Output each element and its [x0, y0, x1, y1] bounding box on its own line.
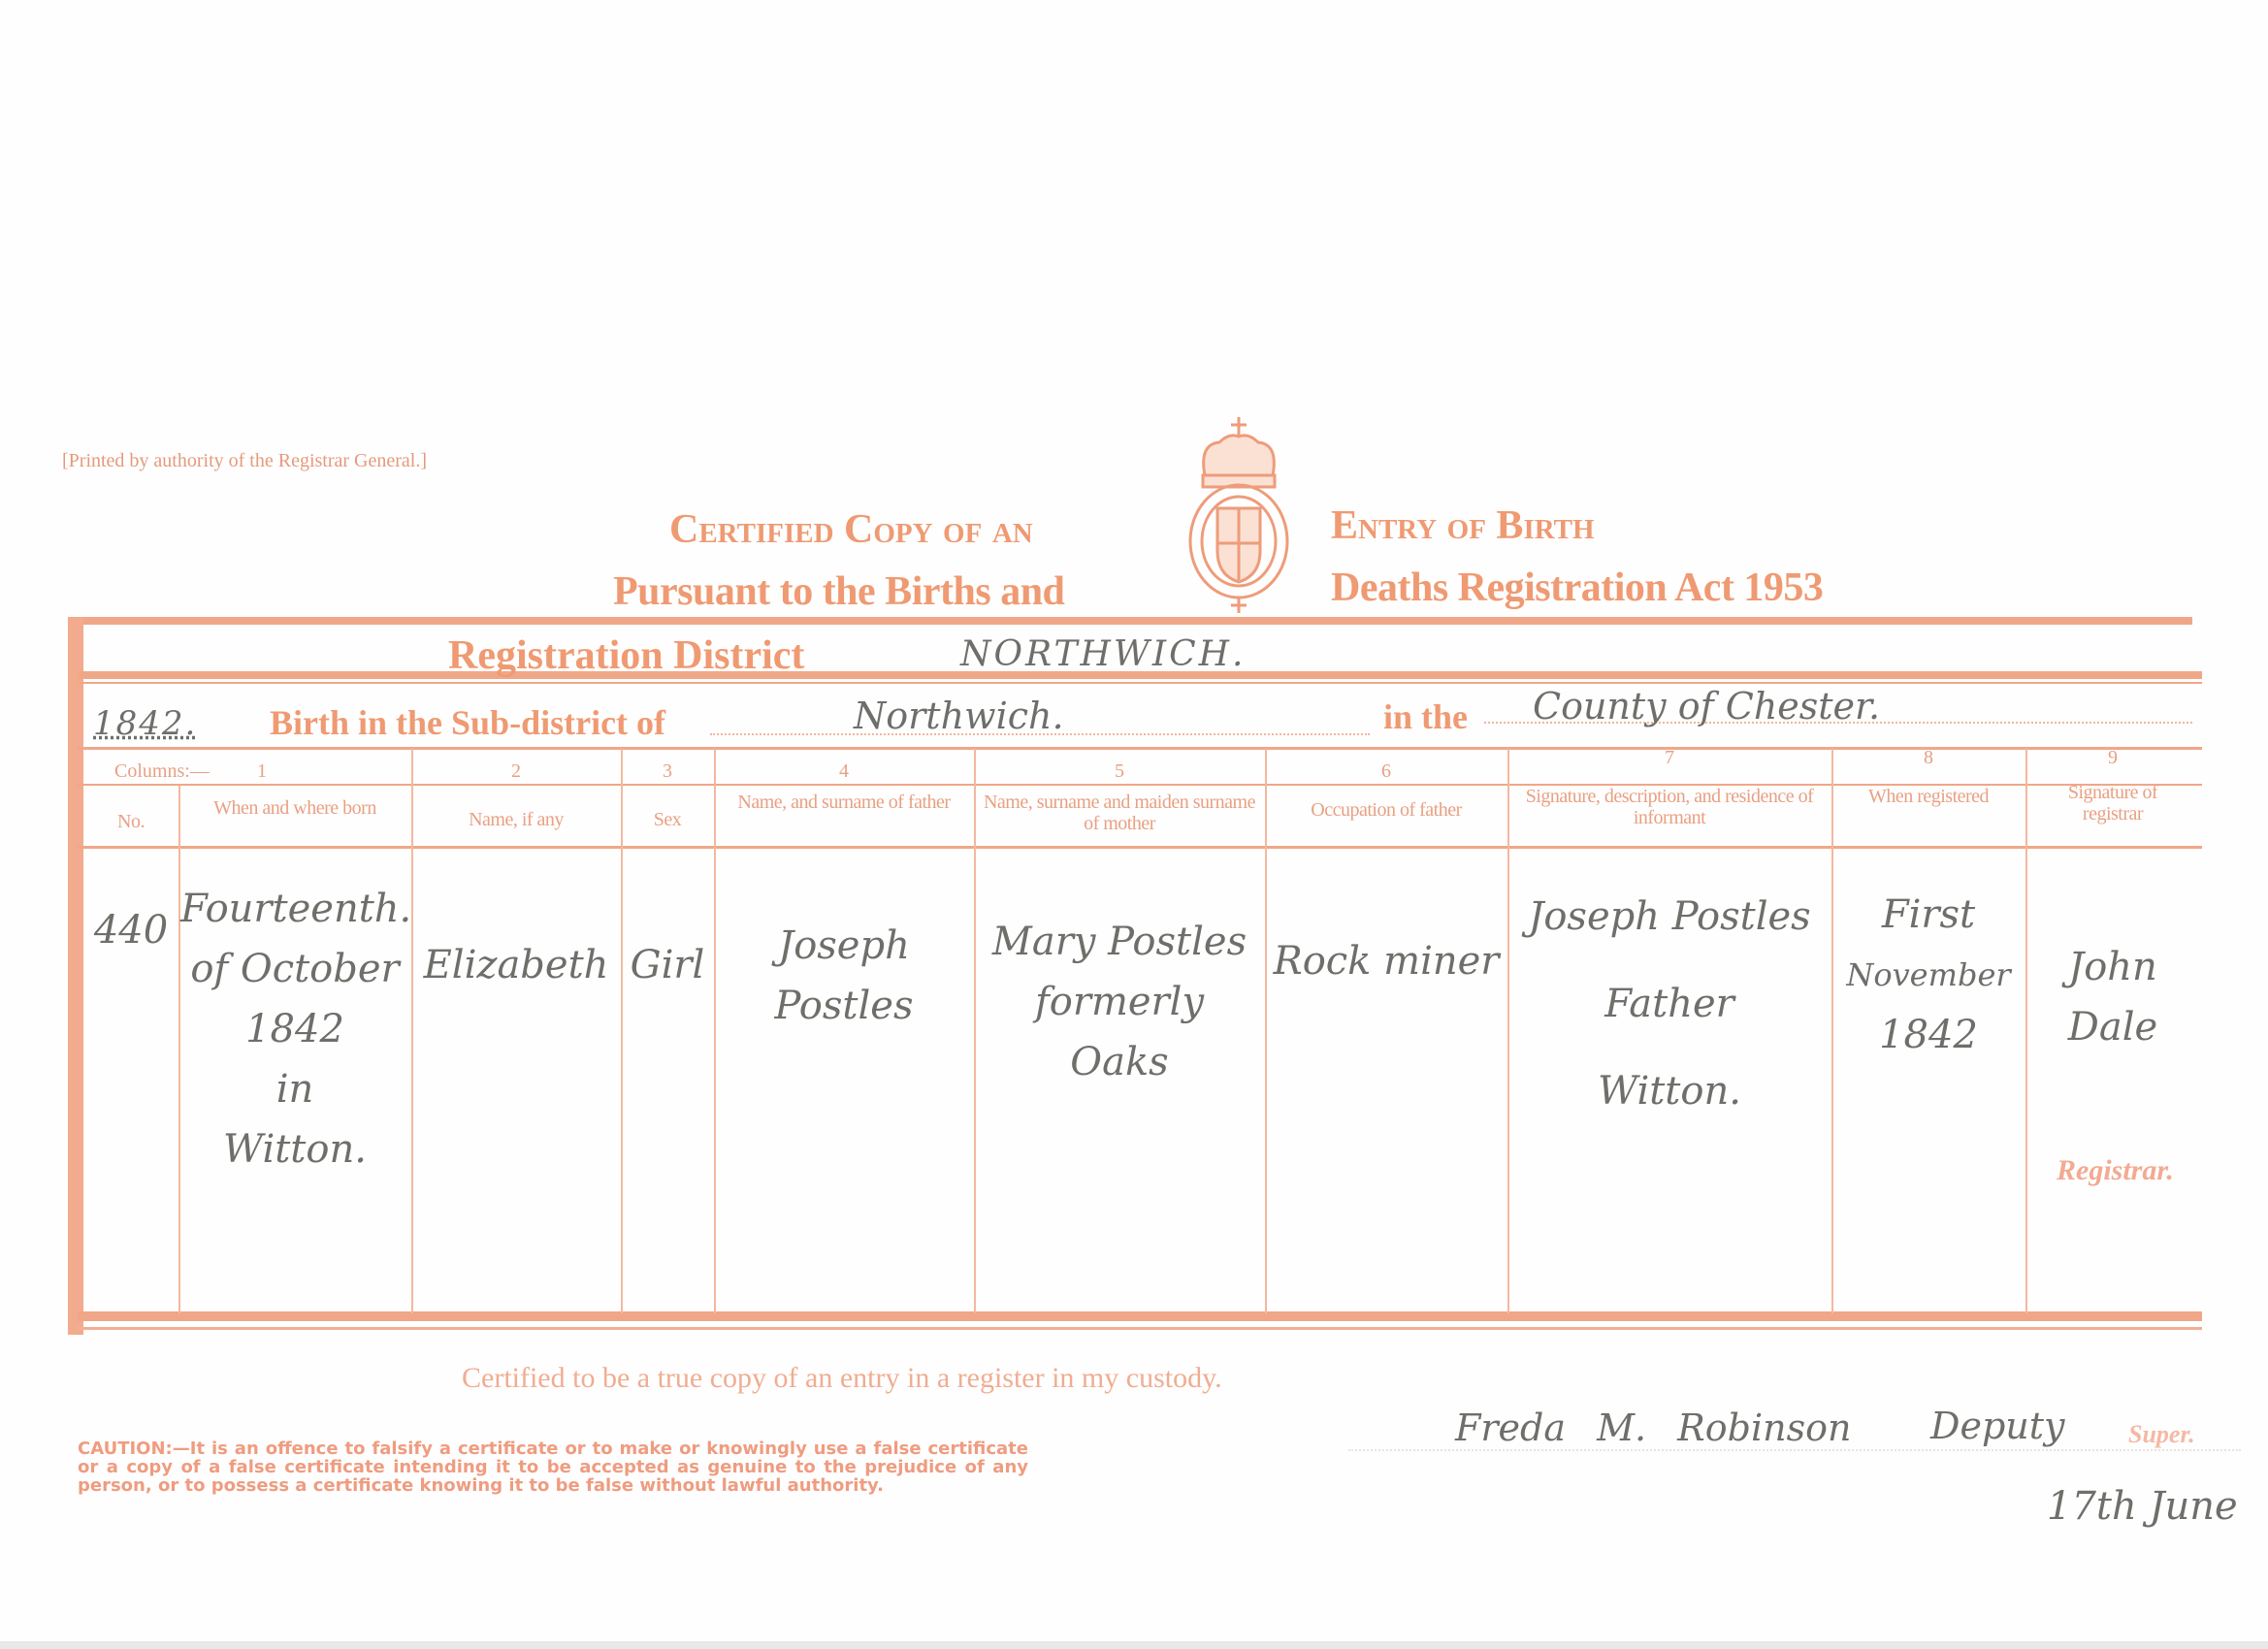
- in-the-label: in the: [1383, 696, 1468, 737]
- father-line: Postles: [714, 976, 974, 1036]
- registered-line: November: [1831, 945, 2025, 1005]
- header-sex: Sex: [621, 809, 714, 830]
- title-line1-right: Entry of Birth: [1331, 502, 1595, 549]
- column-divider: [411, 749, 413, 1313]
- entry-father: Joseph Postles: [714, 916, 974, 1036]
- frame-bottom-rule: [78, 1311, 2202, 1321]
- header-occupation: Occupation of father: [1265, 799, 1507, 821]
- column-divider: [621, 749, 623, 1313]
- title-line1-left: Certified Copy of an: [669, 506, 1033, 553]
- subdistrict-value: Northwich.: [854, 695, 1064, 737]
- district-rule-thin: [78, 682, 2202, 684]
- registered-line: First: [1831, 885, 2025, 945]
- signature-line: [1348, 1449, 2241, 1451]
- column-divider: [1265, 749, 1267, 1313]
- superintendent-label: Super.: [2128, 1420, 2195, 1449]
- column-number: 2: [411, 760, 621, 783]
- entry-mother: Mary Postles formerly Oaks: [974, 912, 1265, 1092]
- header-name: Name, if any: [411, 809, 621, 830]
- title-line2-left: Pursuant to the Births and: [613, 568, 1064, 615]
- column-number: 8: [1831, 747, 2025, 769]
- column-number: 1: [252, 760, 272, 783]
- entry-informant: Joseph Postles Father Witton.: [1507, 873, 1831, 1135]
- entry-occupation: Rock miner: [1265, 931, 1507, 991]
- informant-line: Father: [1507, 960, 1831, 1048]
- certified-statement: Certified to be a true copy of an entry …: [462, 1362, 1222, 1395]
- frame-left-rule: [68, 617, 83, 1335]
- mother-line: Mary Postles: [974, 912, 1265, 972]
- subdistrict-label: Birth in the Sub-district of: [270, 702, 665, 743]
- frame-bottom-rule-thin: [78, 1327, 2202, 1330]
- entry-number: 440: [83, 900, 178, 960]
- header-bottom-rule: [78, 846, 2202, 849]
- header-father: Name, and surname of father: [724, 792, 964, 813]
- column-number: 4: [714, 760, 974, 783]
- header-mother: Name, surname and maiden surname of moth…: [980, 792, 1259, 834]
- title-line2-right: Deaths Registration Act 1953: [1331, 565, 1823, 611]
- certificate-date: 17th June: [2047, 1484, 2238, 1529]
- columns-label: Columns:—: [114, 760, 210, 783]
- entry-when-where-born: Fourteenth. of October 1842 in Witton.: [180, 879, 409, 1180]
- registrar-label: Registrar.: [2057, 1154, 2174, 1187]
- registrar-line: Dale: [2025, 997, 2200, 1057]
- registration-district-label: Registration District: [448, 632, 804, 679]
- born-line: of October: [180, 939, 409, 999]
- born-line: Witton.: [180, 1119, 409, 1180]
- father-line: Joseph: [714, 916, 974, 976]
- registered-line: 1842: [1831, 1005, 2025, 1065]
- column-number: 6: [1265, 760, 1507, 783]
- county-value: County of Chester.: [1533, 685, 1880, 727]
- column-number: 5: [974, 760, 1265, 783]
- born-line: Fourteenth.: [180, 879, 409, 939]
- birth-year: 1842.: [93, 704, 197, 743]
- header-informant: Signature, description, and residence of…: [1521, 786, 1818, 828]
- entry-name: Elizabeth: [411, 935, 621, 995]
- caution-notice: CAUTION:—It is an offence to falsify a c…: [78, 1439, 1028, 1495]
- born-line: in: [180, 1059, 409, 1119]
- informant-line: Witton.: [1507, 1048, 1831, 1135]
- column-number: 7: [1507, 747, 1831, 769]
- registrar-line: John: [2025, 937, 2200, 997]
- signatory-name: Freda M. Robinson: [1455, 1406, 1851, 1449]
- entry-when-registered: First November 1842: [1831, 885, 2025, 1065]
- registration-district-value: NORTHWICH.: [960, 634, 1247, 674]
- mother-line: Oaks: [974, 1032, 1265, 1092]
- header-when-registered: When registered: [1863, 786, 1994, 807]
- authority-note: [Printed by authority of the Registrar G…: [62, 450, 427, 472]
- column-number: 3: [621, 760, 714, 783]
- frame-top-rule: [68, 617, 2192, 625]
- entry-registrar-signature: John Dale: [2025, 937, 2200, 1057]
- mother-line: formerly: [974, 972, 1265, 1032]
- column-number: 9: [2025, 747, 2200, 769]
- born-line: 1842: [180, 999, 409, 1059]
- royal-coat-of-arms-icon: [1185, 415, 1292, 615]
- informant-line: Joseph Postles: [1507, 873, 1831, 960]
- scan-edge: [0, 1641, 2268, 1649]
- entry-sex: Girl: [621, 935, 714, 995]
- header-no: No.: [83, 811, 178, 832]
- header-registrar-signature: Signature of registrar: [2047, 782, 2179, 824]
- header-when-where-born: When and where born: [208, 797, 382, 819]
- signatory-role: Deputy: [1930, 1405, 2065, 1447]
